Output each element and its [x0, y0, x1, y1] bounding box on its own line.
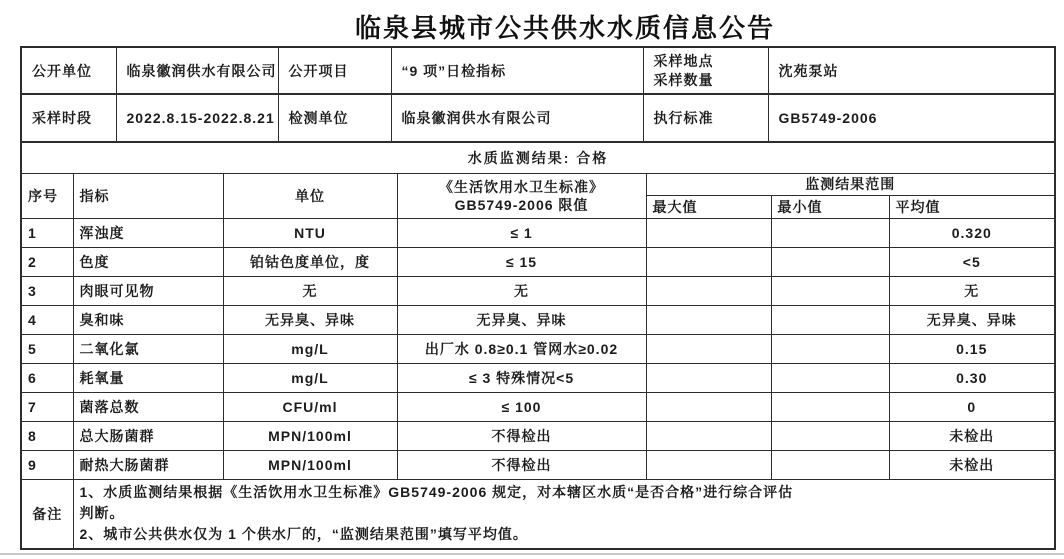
header-indicator: 指标 — [73, 173, 223, 218]
table-row: 7 菌落总数 CFU/ml ≤ 100 0 — [21, 392, 1055, 421]
cell-no: 9 — [21, 450, 73, 479]
testing-unit-value: 临泉徽润供水有限公司 — [391, 94, 643, 142]
cell-unit: CFU/ml — [223, 392, 397, 421]
header-avg: 平均值 — [889, 195, 1055, 218]
cell-min — [771, 450, 889, 479]
remark-line: 1、水质监测结果根据《生活饮用水卫生标准》GB5749-2006 规定，对本辖区… — [80, 482, 1049, 503]
remark-line: 2、城市公共供水仅为 1 个供水厂的，“监测结果范围”填写平均值。 — [80, 524, 1049, 545]
cell-min — [771, 334, 889, 363]
cell-avg: 0.30 — [889, 363, 1055, 392]
cell-limit: 出厂水 0.8≥0.1 管网水≥0.02 — [397, 334, 646, 363]
cell-no: 5 — [21, 334, 73, 363]
cell-no: 2 — [21, 247, 73, 276]
cell-avg: 无 — [889, 276, 1055, 305]
cell-min — [771, 276, 889, 305]
cell-no: 3 — [21, 276, 73, 305]
cell-indicator: 耗氧量 — [73, 363, 223, 392]
info-row-1: 公开单位 临泉徽润供水有限公司 公开项目 “9 项”日检指标 采样地点 采样数量… — [21, 47, 1055, 94]
info-table: 公开单位 临泉徽润供水有限公司 公开项目 “9 项”日检指标 采样地点 采样数量… — [20, 46, 1056, 143]
info-row-2: 采样时段 2022.8.15-2022.8.21 检测单位 临泉徽润供水有限公司… — [21, 94, 1055, 142]
cell-limit: 不得检出 — [397, 450, 646, 479]
header-unit: 单位 — [223, 173, 397, 218]
cell-no: 4 — [21, 305, 73, 334]
cell-limit: 无异臭、异味 — [397, 305, 646, 334]
result-banner-row: 水质监测结果: 合格 — [21, 142, 1055, 173]
cell-unit: MPN/100ml — [223, 450, 397, 479]
cell-unit: 无异臭、异味 — [223, 305, 397, 334]
cell-max — [646, 276, 771, 305]
cell-indicator: 耐热大肠菌群 — [73, 450, 223, 479]
cell-unit: 无 — [223, 276, 397, 305]
table-row: 6 耗氧量 mg/L ≤ 3 特殊情况<5 0.30 — [21, 363, 1055, 392]
cell-no: 1 — [21, 218, 73, 247]
cell-indicator: 臭和味 — [73, 305, 223, 334]
table-row: 5 二氧化氯 mg/L 出厂水 0.8≥0.1 管网水≥0.02 0.15 — [21, 334, 1055, 363]
header-min: 最小值 — [771, 195, 889, 218]
result-banner: 水质监测结果: 合格 — [21, 142, 1055, 173]
water-quality-bulletin: 临泉县城市公共供水水质信息公告 公开单位 临泉徽润供水有限公司 公开项目 “9 … — [0, 0, 1064, 559]
sampling-site-value: 沈苑泵站 — [768, 47, 1055, 94]
cell-max — [646, 305, 771, 334]
remarks-label: 备注 — [21, 479, 73, 549]
header-range-group: 监测结果范围 — [646, 173, 1055, 195]
cell-max — [646, 392, 771, 421]
header-max: 最大值 — [646, 195, 771, 218]
cell-max — [646, 363, 771, 392]
cell-max — [646, 421, 771, 450]
sampling-site-label: 采样地点 采样数量 — [643, 47, 768, 94]
cell-indicator: 总大肠菌群 — [73, 421, 223, 450]
cell-avg: <5 — [889, 247, 1055, 276]
cell-min — [771, 363, 889, 392]
header-no: 序号 — [21, 173, 73, 218]
cell-avg: 无异臭、异味 — [889, 305, 1055, 334]
cell-avg: 0.320 — [889, 218, 1055, 247]
cell-max — [646, 450, 771, 479]
scan-edge-line — [0, 553, 1064, 555]
sampling-period-value: 2022.8.15-2022.8.21 — [116, 94, 278, 142]
table-row: 9 耐热大肠菌群 MPN/100ml 不得检出 未检出 — [21, 450, 1055, 479]
cell-avg: 未检出 — [889, 421, 1055, 450]
table-row: 3 肉眼可见物 无 无 无 — [21, 276, 1055, 305]
cell-indicator: 色度 — [73, 247, 223, 276]
cell-min — [771, 218, 889, 247]
page-title: 临泉县城市公共供水水质信息公告 — [48, 8, 1064, 45]
publisher-label: 公开单位 — [21, 47, 116, 94]
testing-unit-label: 检测单位 — [278, 94, 391, 142]
cell-min — [771, 305, 889, 334]
cell-limit: ≤ 3 特殊情况<5 — [397, 363, 646, 392]
cell-max — [646, 334, 771, 363]
cell-min — [771, 247, 889, 276]
cell-avg: 0.15 — [889, 334, 1055, 363]
cell-min — [771, 421, 889, 450]
header-limit-line1: 《生活饮用水卫生标准》 — [404, 178, 640, 196]
cell-unit: mg/L — [223, 334, 397, 363]
cell-indicator: 浑浊度 — [73, 218, 223, 247]
standard-value: GB5749-2006 — [768, 94, 1055, 142]
standard-label: 执行标准 — [643, 94, 768, 142]
cell-unit: MPN/100ml — [223, 421, 397, 450]
sampling-period-label: 采样时段 — [21, 94, 116, 142]
header-limit: 《生活饮用水卫生标准》 GB5749-2006 限值 — [397, 173, 646, 218]
cell-limit: 不得检出 — [397, 421, 646, 450]
sampling-count-label-line2: 采样数量 — [654, 71, 762, 90]
cell-unit: mg/L — [223, 363, 397, 392]
cell-max — [646, 218, 771, 247]
cell-no: 6 — [21, 363, 73, 392]
table-row: 1 浑浊度 NTU ≤ 1 0.320 — [21, 218, 1055, 247]
cell-no: 8 — [21, 421, 73, 450]
cell-indicator: 二氧化氯 — [73, 334, 223, 363]
cell-unit: 铂钴色度单位，度 — [223, 247, 397, 276]
cell-max — [646, 247, 771, 276]
cell-no: 7 — [21, 392, 73, 421]
cell-avg: 0 — [889, 392, 1055, 421]
remark-line: 判断。 — [80, 503, 1049, 524]
sampling-site-label-line1: 采样地点 — [654, 52, 762, 71]
project-label: 公开项目 — [278, 47, 391, 94]
project-value: “9 项”日检指标 — [391, 47, 643, 94]
results-table: 水质监测结果: 合格 序号 指标 单位 《生活饮用水卫生标准》 GB5749-2… — [20, 141, 1056, 550]
publisher-value: 临泉徽润供水有限公司 — [116, 47, 278, 94]
cell-min — [771, 392, 889, 421]
table-row: 8 总大肠菌群 MPN/100ml 不得检出 未检出 — [21, 421, 1055, 450]
cell-indicator: 菌落总数 — [73, 392, 223, 421]
cell-limit: ≤ 100 — [397, 392, 646, 421]
header-row-1: 序号 指标 单位 《生活饮用水卫生标准》 GB5749-2006 限值 监测结果… — [21, 173, 1055, 195]
cell-limit: ≤ 15 — [397, 247, 646, 276]
cell-limit: ≤ 1 — [397, 218, 646, 247]
cell-limit: 无 — [397, 276, 646, 305]
cell-avg: 未检出 — [889, 450, 1055, 479]
table-row: 4 臭和味 无异臭、异味 无异臭、异味 无异臭、异味 — [21, 305, 1055, 334]
table-row: 2 色度 铂钴色度单位，度 ≤ 15 <5 — [21, 247, 1055, 276]
cell-unit: NTU — [223, 218, 397, 247]
header-limit-line2: GB5749-2006 限值 — [404, 196, 640, 214]
remarks-row: 备注 1、水质监测结果根据《生活饮用水卫生标准》GB5749-2006 规定，对… — [21, 479, 1055, 549]
cell-indicator: 肉眼可见物 — [73, 276, 223, 305]
remarks-body: 1、水质监测结果根据《生活饮用水卫生标准》GB5749-2006 规定，对本辖区… — [73, 479, 1055, 549]
